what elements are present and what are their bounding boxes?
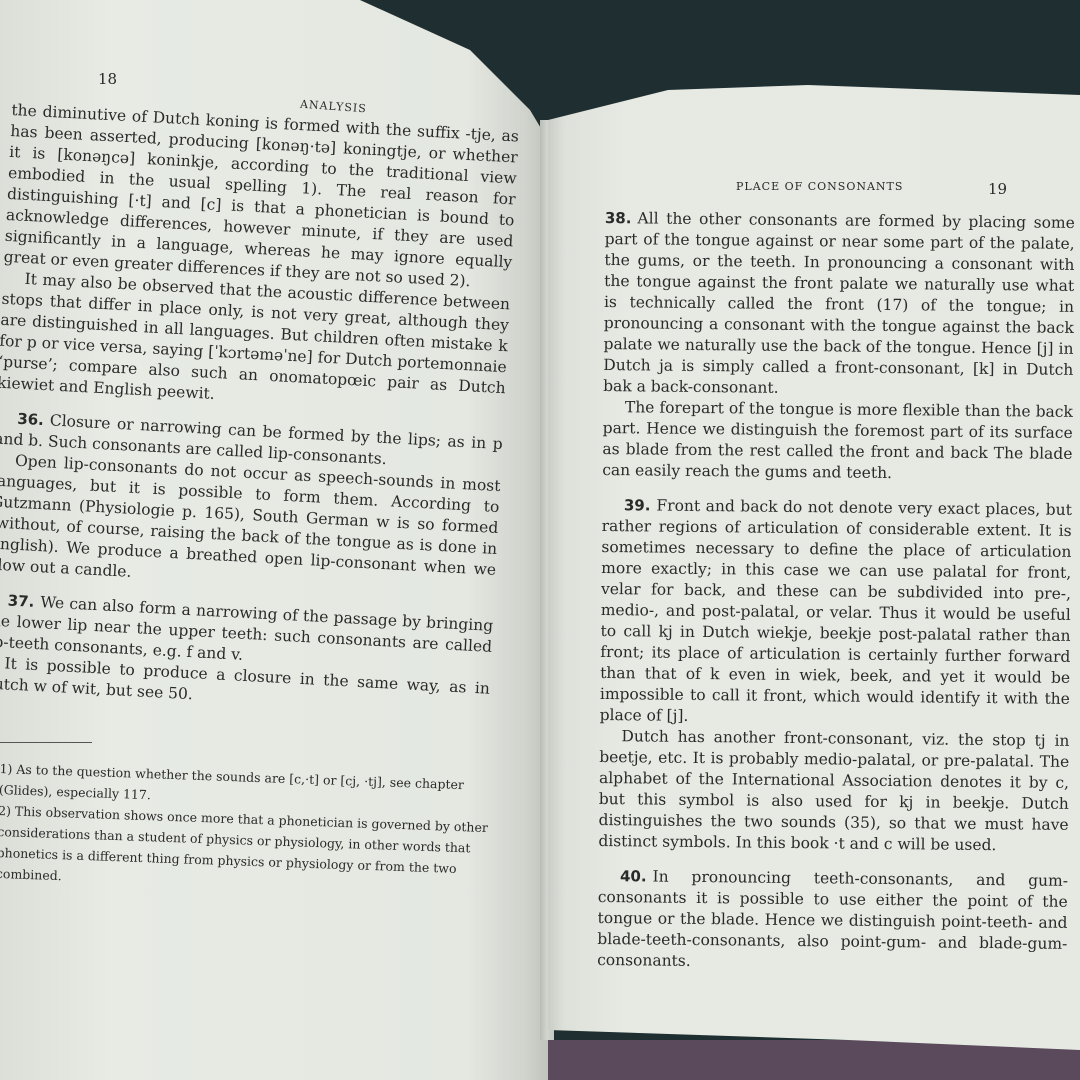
paragraph: Open lip-consonants do not occur as spee…: [0, 450, 501, 602]
section-number: 40.: [620, 867, 647, 885]
paragraph: the diminutive of Dutch koning is formed…: [3, 100, 519, 294]
section-40: 40.In pronouncing teeth-consonants, and …: [597, 866, 1068, 976]
running-head: ANALYSIS: [300, 98, 368, 116]
paragraph: Dutch has another front-consonant, viz. …: [598, 726, 1069, 857]
section-38: 38.All the other consonants are formed b…: [603, 208, 1075, 402]
paragraph: The forepart of the tongue is more flexi…: [602, 397, 1073, 486]
right-body-text: 38.All the other consonants are formed b…: [597, 208, 1075, 976]
page-number: 18: [98, 70, 117, 88]
page-number: 19: [988, 180, 1007, 198]
section-39: 39.Front and back do not denote very exa…: [600, 495, 1072, 731]
footnotes: 1) As to the question whether the sounds…: [0, 758, 510, 902]
section-number: 36.: [17, 410, 44, 429]
section-number: 38.: [605, 209, 632, 227]
section-number: 39.: [624, 496, 651, 514]
paragraph: It may also be observed that the acousti…: [0, 268, 511, 420]
left-body-text: the diminutive of Dutch koning is formed…: [0, 100, 519, 721]
footnote-divider: [0, 742, 92, 743]
section-number: 37.: [7, 591, 34, 610]
left-page: 18 ANALYSIS the diminutive of Dutch koni…: [0, 0, 548, 1080]
running-head: PLACE OF CONSONANTS: [736, 180, 903, 193]
footnote-2: 2) This observation shows once more that…: [0, 800, 508, 902]
